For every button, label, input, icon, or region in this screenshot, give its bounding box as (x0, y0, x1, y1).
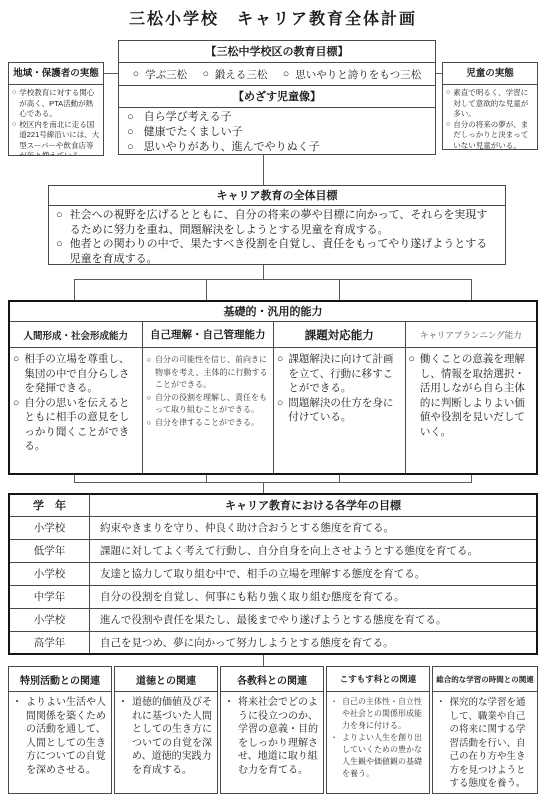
list-item-text: 自分の役割を理解し、責任をもって取り組むことができる。 (155, 392, 269, 417)
district-goal-text: 学ぶ三松 (145, 67, 187, 82)
circle-bullet: ○ (56, 237, 63, 252)
career-plan-document: 三松小学校 キャリア教育全体計画 地域・保護者の実態 ○ 学校教育に対する関心が… (0, 0, 546, 800)
competencies-grid: 人間形成・社会形成能力 自己理解・自己管理能力 課題対応能力 キャリアプランニン… (10, 322, 536, 475)
circle-bullet: ○ (13, 396, 19, 411)
circle-bullet: ○ (133, 68, 139, 80)
circle-bullet: ○ (56, 208, 63, 223)
connector-branch-bottom (74, 482, 472, 483)
list-item-text: 働くことの意義を理解し、情報を取捨選択・活用しながら自ら主体的に判断しよりよい価… (420, 352, 533, 439)
table-row: 小学校 友達と協力して取り組む中で、相手の立場を理解する態度を育てる。 (10, 563, 536, 586)
table-row: 小学校 約束やきまりを守り、仲良く助け合おうとする態度を育てる。 (10, 517, 536, 540)
list-item: ・ よりよい生活や人間関係を築くための活動を通して、人間としての生き方についての… (12, 696, 108, 777)
grade-column-header: 学 年 (10, 495, 90, 516)
connector-drop-3 (339, 279, 340, 300)
connector-drop-4 (471, 279, 472, 300)
competency-column-header: 課題対応能力 (273, 322, 405, 348)
list-item: ○ 問題解決の仕方を身に付けている。 (277, 396, 402, 425)
list-item-text: よりよい生活や人間関係を築くための活動を通して、人間としての生き方についての自覚… (26, 696, 108, 777)
list-item: ○ 校区内を南北に走る国道221号線沿いには、大型スーパーや飲食店等が年々増えて… (12, 120, 100, 157)
list-item: ○ 社会への視野を広げるとともに、自分の将来の夢や目標に向かって、それらを実現す… (56, 208, 498, 237)
competency-column-header: 人間形成・社会形成能力 (10, 322, 142, 348)
list-item-text: 自己の主体性・自立性や社会との関係形成能力を身に付ける。 (342, 696, 426, 732)
list-item: ・ 自己の主体性・自立性や社会との関係形成能力を身に付ける。 (330, 696, 426, 732)
list-item-text: 将来社会でどのように役立つのか、学習の意義・目的をしっかり理解させ、地道に取り組… (238, 696, 320, 777)
list-item: ・ 道徳的価値及びそれに基づいた人間としての生き方についての自覚を深め、道徳的実… (118, 696, 214, 777)
circle-bullet: ○ (277, 352, 283, 367)
goal-cell: 約束やきまりを守り、仲良く助け合おうとする態度を育てる。 (90, 517, 536, 539)
circle-bullet: ○ (12, 88, 16, 99)
competency-column-header: キャリアプランニング能力 (405, 322, 537, 348)
circle-bullet: ○ (446, 120, 450, 131)
goal-cell: 友達と協力して取り組む中で、相手の立場を理解する態度を育てる。 (90, 563, 536, 585)
list-item-text: 相手の立場を尊重し、集団の中で自分らしさを発揮できる。 (24, 352, 138, 396)
community-parents-box: 地域・保護者の実態 ○ 学校教育に対する関心が高く、PTA活動が熱心である。 ○… (8, 62, 104, 156)
table-row: 小学校 進んで役割や責任を果たし、最後までやり遂げようとする態度を育てる。 (10, 609, 536, 632)
dot-bullet: ・ (118, 696, 128, 710)
connector-to-relations (263, 655, 264, 666)
district-goal-text: 鍛える三松 (215, 67, 268, 82)
circle-bullet: ○ (147, 354, 152, 367)
grade-cell: 高学年 (10, 632, 90, 655)
circle-bullet: ○ (409, 352, 415, 367)
relation-body: ・ 探究的な学習を通して、職業や自己の将来に関する学習活動を行い、自己の在り方や… (433, 692, 537, 794)
dot-bullet: ・ (330, 696, 338, 708)
list-item-text: 社会への視野を広げるとともに、自分の将来の夢や目標に向かって、それらを実現するた… (70, 208, 498, 237)
list-item: ○ 相手の立場を尊重し、集団の中で自分らしさを発揮できる。 (13, 352, 139, 396)
overall-goal-box: キャリア教育の全体目標 ○ 社会への視野を広げるとともに、自分の将来の夢や目標に… (48, 185, 506, 265)
list-item: ・ よりよい人生を創り出していくための豊かな人生観や価値観の基礎を養う。 (330, 732, 426, 780)
goal-cell: 課題に対してよく考えて行動し、自分自身を向上させようとする態度を育てる。 (90, 540, 536, 562)
list-item: ○ 働くことの意義を理解し、情報を取捨選択・活用しながら自ら主体的に判断しよりよ… (409, 352, 534, 439)
table-row: 低学年 課題に対してよく考えて行動し、自分自身を向上させようとする態度を育てる。 (10, 540, 536, 563)
overall-goal-title: キャリア教育の全体目標 (49, 186, 505, 206)
competencies-title: 基礎的・汎用的能力 (10, 302, 536, 322)
grade-cell: 低学年 (10, 540, 90, 562)
relation-header: 道徳との関連 (115, 667, 217, 692)
ideal-children-header: 【めざす児童像】 (119, 86, 435, 108)
grade-goals-header-row: 学 年 キャリア教育における各学年の目標 (10, 495, 536, 517)
competency-column-body: ○ 相手の立場を尊重し、集団の中で自分らしさを発揮できる。 ○ 自分の思いを伝え… (10, 348, 142, 475)
connector-goal-down (263, 265, 264, 279)
competency-column-header: 自己理解・自己管理能力 (142, 322, 274, 348)
list-item: ○ 課題解決に向けて計画を立て、行動に移すことができる。 (277, 352, 402, 396)
circle-bullet: ○ (277, 396, 283, 411)
circle-bullet: ○ (127, 140, 134, 155)
list-item: ○ 思いやりがあり、進んでやりぬく子 (127, 140, 427, 155)
grade-cell: 中学年 (10, 586, 90, 608)
relation-box-moral-education: 道徳との関連 ・ 道徳的価値及びそれに基づいた人間としての生き方についての自覚を… (114, 666, 218, 794)
connector-center-down (263, 155, 264, 185)
grade-goals-table: 学 年 キャリア教育における各学年の目標 小学校 約束やきまりを守り、仲良く助け… (8, 493, 538, 655)
circle-bullet: ○ (446, 88, 450, 99)
district-goal: ○ 鍛える三松 (203, 67, 268, 82)
district-goals-header: 【三松中学校区の教育目標】 (119, 41, 435, 63)
grade-cell: 小学校 (10, 517, 90, 539)
list-item-text: 自ら学び考える子 (144, 110, 232, 125)
list-item: ○ 自ら学び考える子 (127, 110, 427, 125)
table-row: 中学年 自分の役割を自覚し、何事にも粘り強く取り組む態度を育てる。 (10, 586, 536, 609)
competency-column-body: ○ 働くことの意義を理解し、情報を取捨選択・活用しながら自ら主体的に判断しよりよ… (405, 348, 537, 475)
dot-bullet: ・ (12, 696, 22, 710)
relation-body: ・ 将来社会でどのように役立つのか、学習の意義・目的をしっかり理解させ、地道に取… (221, 692, 323, 781)
table-row: 高学年 自己を見つめ、夢に向かって努力しようとする態度を育てる。 (10, 632, 536, 655)
relation-box-subjects: 各教科との関連 ・ 将来社会でどのように役立つのか、学習の意義・目的をしっかり理… (220, 666, 324, 794)
district-goal: ○ 思いやりと誇りをもつ三松 (283, 67, 421, 82)
list-item: ○ 自分の将来の夢が、まだしっかりと決まっていない児童がいる。 (446, 120, 534, 151)
community-parents-body: ○ 学校教育に対する関心が高く、PTA活動が熱心である。 ○ 校区内を南北に走る… (9, 85, 103, 156)
list-item: ○ 自分の思いを伝えるとともに相手の意見をしっかり聞くことができる。 (13, 396, 139, 454)
list-item-text: 自分を律することができる。 (155, 417, 259, 430)
district-goals-row: ○ 学ぶ三松 ○ 鍛える三松 ○ 思いやりと誇りをもつ三松 (119, 63, 435, 86)
circle-bullet: ○ (147, 417, 152, 430)
competency-column-body: ○ 自分の可能性を信じ、前向きに物事を考え、主体的に行動することができる。 ○ … (142, 348, 274, 475)
list-item: ○ 他者との関わりの中で、果たすべき役割を自覚し、責任をもってやり遂げようとする… (56, 237, 498, 265)
connector-left-to-center (104, 73, 118, 74)
relation-body: ・ 道徳的価値及びそれに基づいた人間としての生き方についての自覚を深め、道徳的実… (115, 692, 217, 781)
circle-bullet: ○ (147, 392, 152, 405)
competency-column-body: ○ 課題解決に向けて計画を立て、行動に移すことができる。 ○ 問題解決の仕方を身… (273, 348, 405, 475)
goal-cell: 自己を見つめ、夢に向かって努力しようとする態度を育てる。 (90, 632, 536, 655)
list-item-text: 問題解決の仕方を身に付けている。 (288, 396, 401, 425)
community-parents-title: 地域・保護者の実態 (9, 63, 103, 85)
grade-cell: 小学校 (10, 563, 90, 585)
relation-header: 総合的な学習の時間との関連 (433, 667, 537, 692)
children-actual-state-title: 児童の実態 (443, 63, 537, 85)
list-item-text: 道徳的価値及びそれに基づいた人間としての生き方についての自覚を深め、道徳的実践力… (132, 696, 214, 777)
list-item: ・ 探究的な学習を通して、職業や自己の将来に関する学習活動を行い、自己の在り方や… (436, 696, 534, 791)
page-title: 三松小学校 キャリア教育全体計画 (0, 6, 546, 29)
circle-bullet: ○ (12, 120, 16, 131)
list-item-text: 健康でたくましい子 (144, 125, 243, 140)
circle-bullet: ○ (203, 68, 209, 80)
list-item-text: 自分の可能性を信じ、前向きに物事を考え、主体的に行動することができる。 (155, 354, 269, 392)
children-actual-state-body: ○ 素直で明るく、学習に対して意欲的な児童が多い。 ○ 自分の将来の夢が、まだし… (443, 85, 537, 150)
circle-bullet: ○ (127, 125, 134, 140)
list-item: ○ 学校教育に対する関心が高く、PTA活動が熱心である。 (12, 88, 100, 120)
list-item-text: よりよい人生を創り出していくための豊かな人生観や価値観の基礎を養う。 (342, 732, 426, 780)
list-item-text: 自分の将来の夢が、まだしっかりと決まっていない児童がいる。 (453, 120, 534, 151)
list-item-text: 思いやりがあり、進んでやりぬく子 (144, 140, 320, 155)
goal-column-header: キャリア教育における各学年の目標 (90, 495, 536, 516)
relation-body: ・ よりよい生活や人間関係を築くための活動を通して、人間としての生き方についての… (9, 692, 111, 781)
ideal-children-list: ○ 自ら学び考える子 ○ 健康でたくましい子 ○ 思いやりがあり、進んでやりぬく… (119, 108, 435, 155)
dot-bullet: ・ (436, 696, 446, 710)
relation-header: 各教科との関連 (221, 667, 323, 692)
list-item-text: 他者との関わりの中で、果たすべき役割を自覚し、責任をもってやり遂げようとする児童… (70, 237, 498, 265)
circle-bullet: ○ (127, 110, 134, 125)
list-item-text: 課題解決に向けて計画を立て、行動に移すことができる。 (288, 352, 401, 396)
connector-to-grade-table (263, 482, 264, 493)
list-item: ○ 健康でたくましい子 (127, 125, 427, 140)
list-item-text: 探究的な学習を通して、職業や自己の将来に関する学習活動を行い、自己の在り方や生き… (450, 696, 534, 791)
relation-box-special-activities: 特別活動との関連 ・ よりよい生活や人間関係を築くための活動を通して、人間として… (8, 666, 112, 794)
children-actual-state-box: 児童の実態 ○ 素直で明るく、学習に対して意欲的な児童が多い。 ○ 自分の将来の… (442, 62, 538, 150)
list-item: ・ 将来社会でどのように役立つのか、学習の意義・目的をしっかり理解させ、地道に取… (224, 696, 320, 777)
list-item: ○ 自分を律することができる。 (147, 417, 270, 430)
goal-cell: 進んで役割や責任を果たし、最後までやり遂げようとする態度を育てる。 (90, 609, 536, 631)
goal-cell: 自分の役割を自覚し、何事にも粘り強く取り組む態度を育てる。 (90, 586, 536, 608)
list-item: ○ 自分の可能性を信じ、前向きに物事を考え、主体的に行動することができる。 (147, 354, 270, 392)
district-goal: ○ 学ぶ三松 (133, 67, 187, 82)
relation-box-integrated-study: 総合的な学習の時間との関連 ・ 探究的な学習を通して、職業や自己の将来に関する学… (432, 666, 538, 794)
district-goal-text: 思いやりと誇りをもつ三松 (295, 67, 421, 82)
connector-branch-top (74, 279, 472, 280)
list-item-text: 素直で明るく、学習に対して意欲的な児童が多い。 (453, 88, 534, 120)
competencies-box: 基礎的・汎用的能力 人間形成・社会形成能力 自己理解・自己管理能力 課題対応能力… (8, 300, 538, 475)
list-item-text: 校区内を南北に走る国道221号線沿いには、大型スーパーや飲食店等が年々増えている… (19, 120, 100, 157)
relation-header: 特別活動との関連 (9, 667, 111, 692)
dot-bullet: ・ (224, 696, 234, 710)
list-item-text: 学校教育に対する関心が高く、PTA活動が熱心である。 (19, 88, 100, 120)
circle-bullet: ○ (13, 352, 19, 367)
list-item-text: 自分の思いを伝えるとともに相手の意見をしっかり聞くことができる。 (24, 396, 138, 454)
connector-drop-2 (206, 279, 207, 300)
relation-header: こすもす科との関連 (327, 667, 429, 692)
grade-cell: 小学校 (10, 609, 90, 631)
dot-bullet: ・ (330, 732, 338, 744)
list-item: ○ 素直で明るく、学習に対して意欲的な児童が多い。 (446, 88, 534, 120)
circle-bullet: ○ (283, 68, 289, 80)
school-district-goals-box: 【三松中学校区の教育目標】 ○ 学ぶ三松 ○ 鍛える三松 ○ 思いやりと誇りをも… (118, 40, 436, 155)
relation-body: ・ 自己の主体性・自立性や社会との関係形成能力を身に付ける。 ・ よりよい人生を… (327, 692, 429, 784)
overall-goal-body: ○ 社会への視野を広げるとともに、自分の将来の夢や目標に向かって、それらを実現す… (49, 206, 505, 265)
connector-drop-1 (74, 279, 75, 300)
relation-box-kosumosu: こすもす科との関連 ・ 自己の主体性・自立性や社会との関係形成能力を身に付ける。… (326, 666, 430, 794)
list-item: ○ 自分の役割を理解し、責任をもって取り組むことができる。 (147, 392, 270, 417)
